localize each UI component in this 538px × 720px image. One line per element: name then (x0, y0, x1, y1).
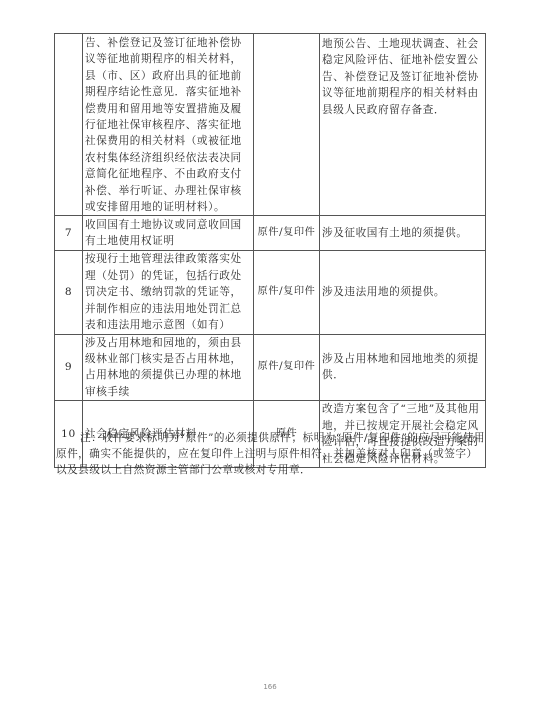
table-row: 7 收回国有土地协议或同意收回国有土地使用权证明 原件/复印件 涉及征收国有土地… (55, 216, 486, 251)
footnote: 注：收件要求标明为“原件”的必须提供原件；标明为“原件/复印件”的应尽可能使用原… (56, 430, 488, 479)
row-number: 9 (55, 334, 83, 401)
remark: 涉及违法用地的须提供。 (320, 251, 486, 334)
document-page: 告、补偿登记及签订征地补偿协议等征地前期程序的相关材料，县（市、区）政府出具的征… (0, 0, 538, 720)
material-name: 收回国有土地协议或同意收回国有土地使用权证明 (83, 216, 254, 251)
submission-requirement: 原件/复印件 (254, 251, 320, 334)
submission-requirement: 原件/复印件 (254, 216, 320, 251)
table-row: 8 按现行土地管理法律政策落实处理（处罚）的凭证，包括行政处罚决定书、缴纳罚款的… (55, 251, 486, 334)
materials-table: 告、补偿登记及签订征地补偿协议等征地前期程序的相关材料，县（市、区）政府出具的征… (54, 33, 486, 468)
material-name: 按现行土地管理法律政策落实处理（处罚）的凭证，包括行政处罚决定书、缴纳罚款的凭证… (83, 251, 254, 334)
submission-requirement (254, 34, 320, 216)
row-number: 8 (55, 251, 83, 334)
remark: 地预公告、土地现状调查、社会稳定风险评估、征地补偿安置公告、补偿登记及签订征地补… (320, 34, 486, 216)
table-row: 9 涉及占用林地和园地的，须由县级林业部门核实是否占用林地，占用林地的须提供已办… (55, 334, 486, 401)
remark: 涉及征收国有土地的须提供。 (320, 216, 486, 251)
table-row-continued: 告、补偿登记及签订征地补偿协议等征地前期程序的相关材料，县（市、区）政府出具的征… (55, 34, 486, 216)
material-name: 涉及占用林地和园地的，须由县级林业部门核实是否占用林地，占用林地的须提供已办理的… (83, 334, 254, 401)
row-number: 7 (55, 216, 83, 251)
submission-requirement: 原件/复印件 (254, 334, 320, 401)
material-name: 告、补偿登记及签订征地补偿协议等征地前期程序的相关材料，县（市、区）政府出具的征… (83, 34, 254, 216)
remark: 涉及占用林地和园地地类的须提供． (320, 334, 486, 401)
row-number (55, 34, 83, 216)
page-number: 166 (255, 683, 285, 691)
